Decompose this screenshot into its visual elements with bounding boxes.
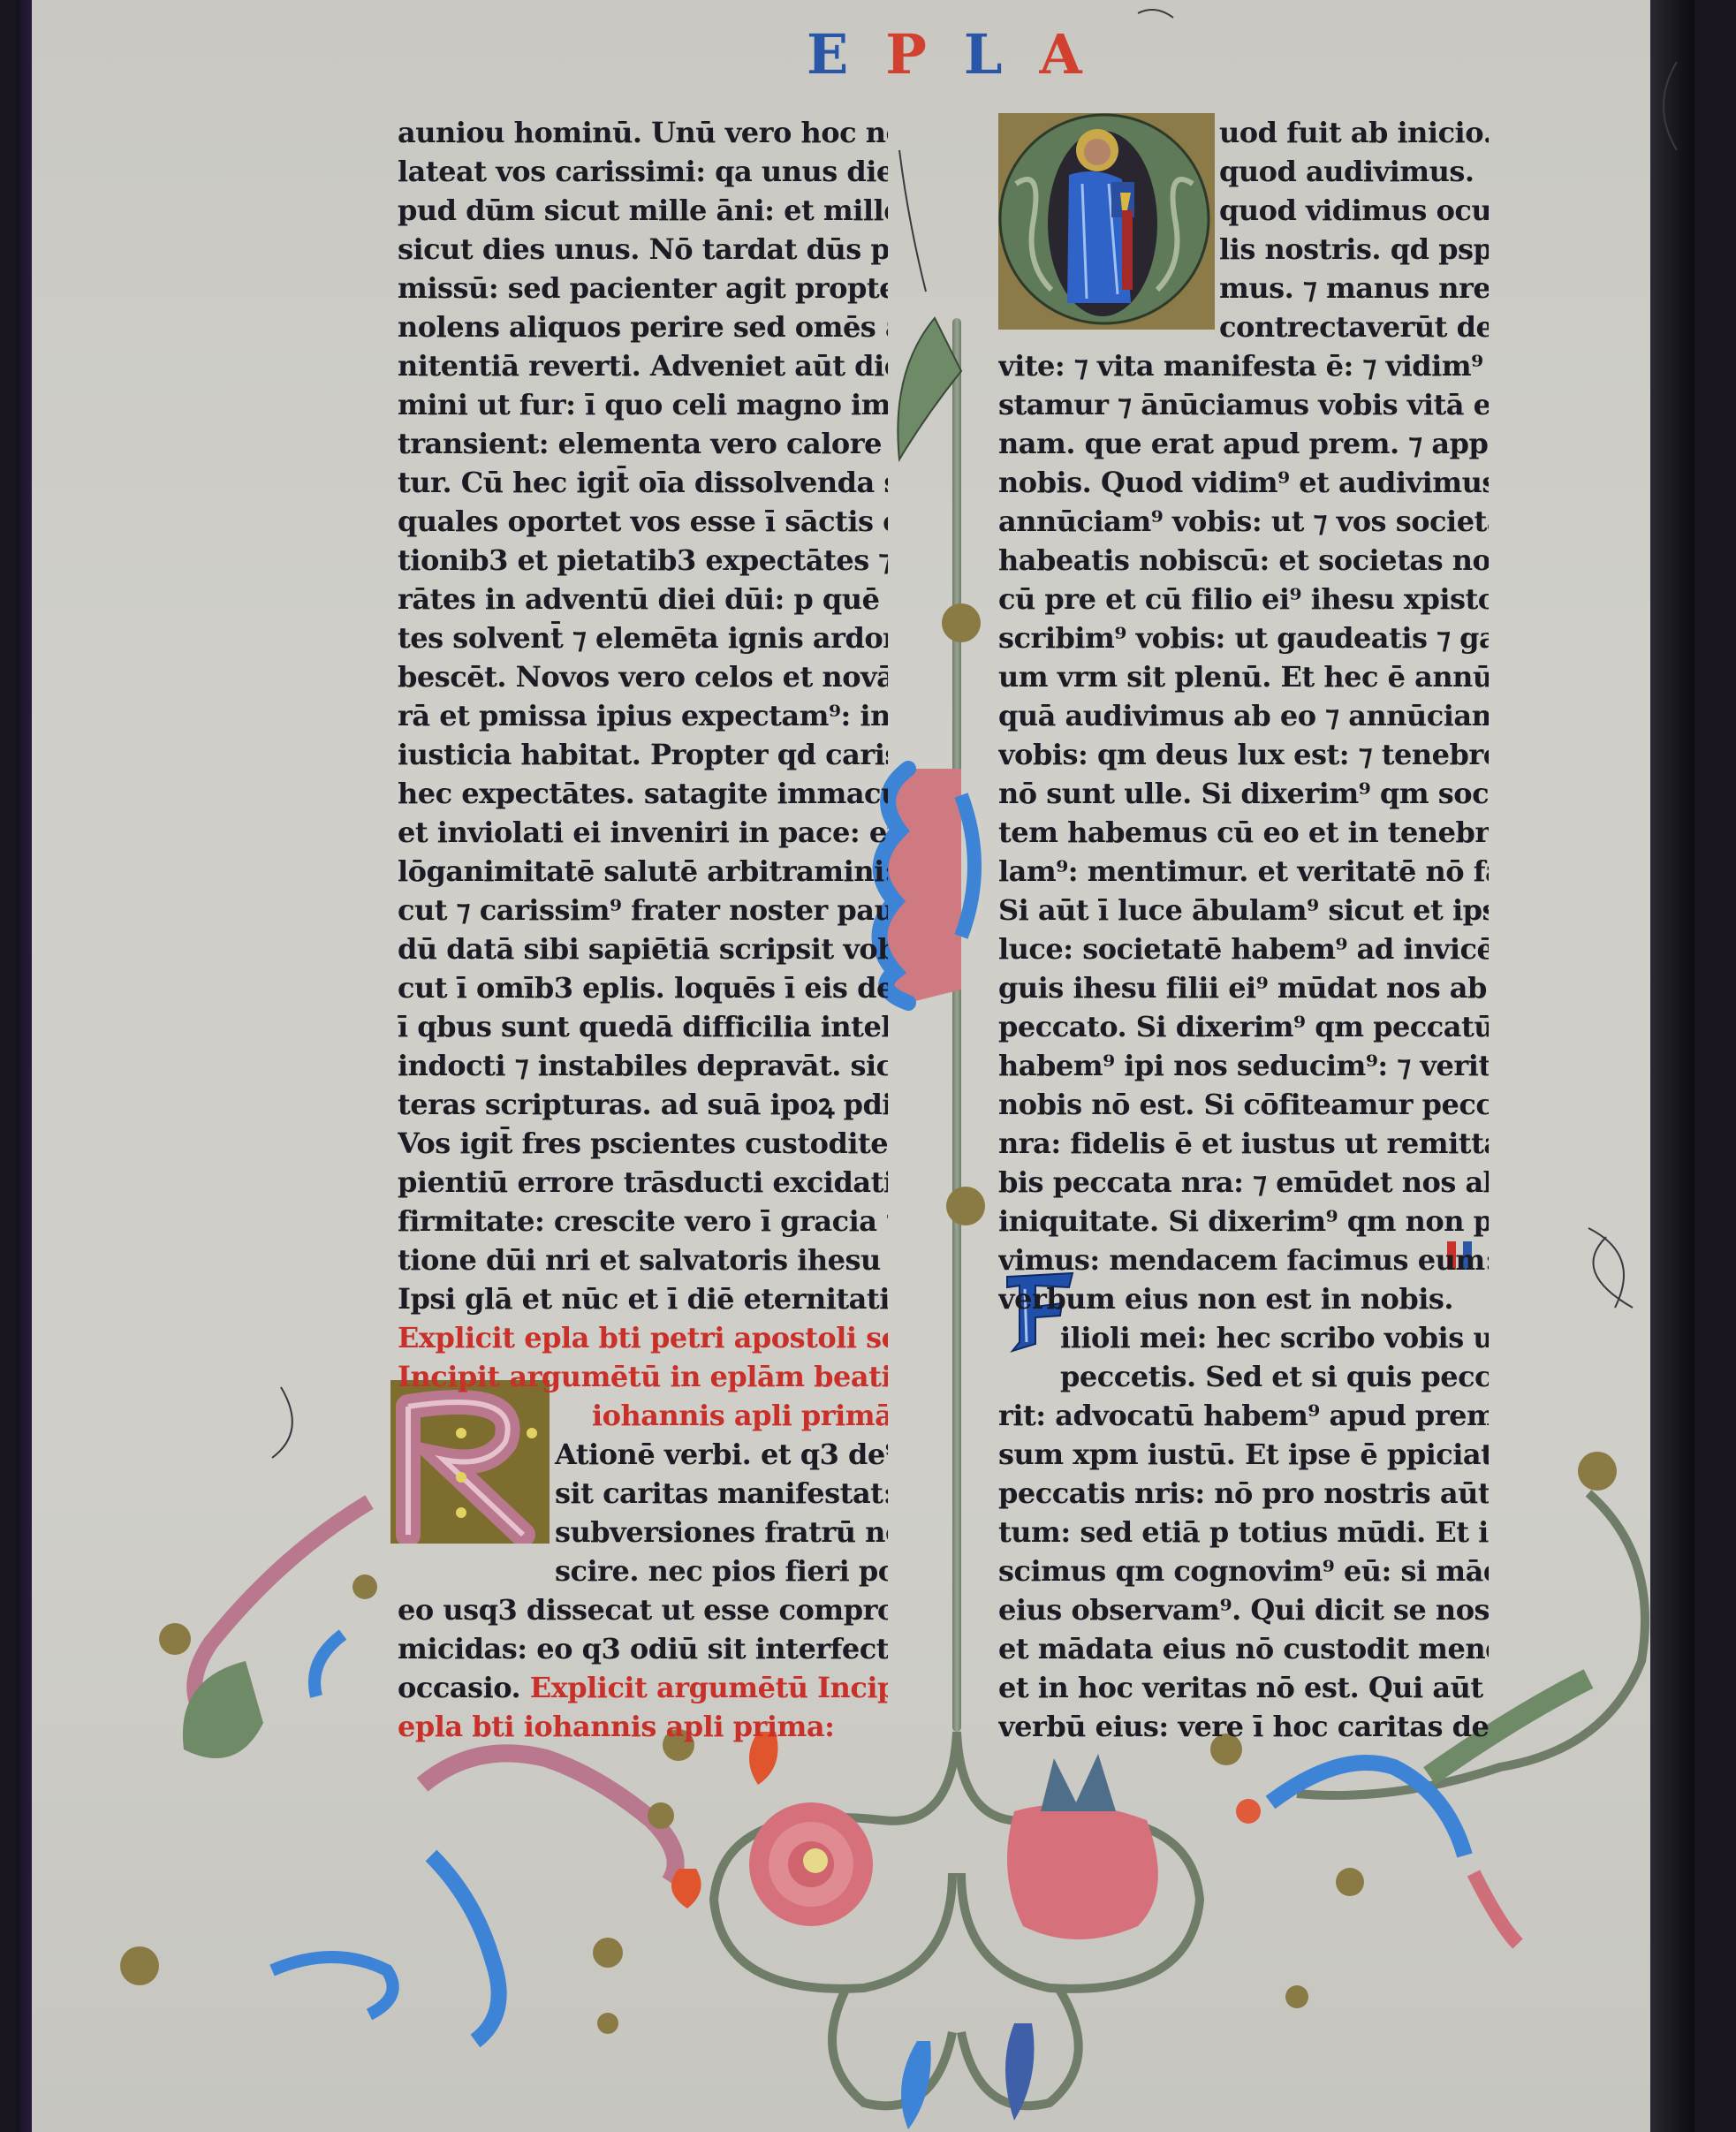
text-line: uod fuit ab inicio.: [998, 113, 1489, 152]
text-line: lis nostris. qd pspexi-: [998, 230, 1489, 269]
text-line: et in hoc veritas nō est. Qui aūt servat: [998, 1668, 1489, 1707]
text-line: quod audivimus.: [998, 152, 1489, 191]
marginal-ornament-icon: [880, 769, 975, 1003]
text-line: ilioli mei: hec scribo vobis ut nō: [998, 1318, 1489, 1357]
text-line: eo usq3 dissecat ut esse comprobet ho-: [398, 1590, 888, 1629]
text-line: tione dūi nri et salvatoris ihesu xpisti…: [398, 1241, 888, 1279]
text-line: mini ut fur: ī quo celi magno impetu: [398, 385, 888, 424]
text-line: nra: fidelis ē et iustus ut remittat no-: [998, 1124, 1489, 1163]
text-line: scire. nec pios fieri posse.: [398, 1552, 888, 1590]
text-line: pientiū errore trāsducti excidatis a ppr…: [398, 1163, 888, 1202]
text-segment: occasio.: [398, 1671, 520, 1704]
text-line: cū pre et cū filio ei⁹ ihesu xpisto. Et …: [998, 580, 1489, 618]
text-line: guis ihesu filii ei⁹ mūdat nos ab omi: [998, 968, 1489, 1007]
pomegranate-flower-icon: [1007, 1754, 1158, 1939]
text-line: Vos igit̄ fres pscientes custodite ne in…: [398, 1124, 888, 1163]
text-line: tes solvent̄ ⁊ elemēta ignis ardore ta-: [398, 618, 888, 657]
text-line: ī qbus sunt quedā difficilia intellectu.…: [398, 1007, 888, 1046]
text-line: scribim⁹ vobis: ut gaudeatis ⁊ gaudi-: [998, 618, 1489, 657]
text-line: dū datā sibi sapiētiā scripsit vobis: si…: [398, 929, 888, 968]
text-line: verbum eius non est in nobis.: [998, 1279, 1489, 1318]
text-line: vobis: qm deus lux est: ⁊ tenebre in eo: [998, 735, 1489, 774]
text-line: sicut dies unus. Nō tardat dūs pro-: [398, 230, 888, 269]
text-line: luce: societatē habem⁹ ad invicē: et san…: [998, 929, 1489, 968]
text-line: indocti ⁊ instabiles depravāt. sicut ⁊ c…: [398, 1046, 888, 1085]
text-line: peccetis. Sed et si quis peccave-: [998, 1357, 1489, 1396]
text-line: Ipsi glā et nūc et ī diē eternitatis amē…: [398, 1279, 888, 1318]
text-line: nolens aliquos perire sed omēs ad pe-: [398, 307, 888, 346]
text-line: scimus qm cognovim⁹ eū: si mādata: [998, 1552, 1489, 1590]
text-line: rātes in adventū diei dūi: p quē celi ar…: [398, 580, 888, 618]
text-line: Si aūt ī luce ābulam⁹ sicut et ipse ē in: [998, 891, 1489, 929]
text-column-left: auniou hominū. Unū vero hoc non lateat v…: [398, 113, 888, 1746]
text-line: verbū eius: vere ī hoc caritas dei pfect…: [998, 1707, 1489, 1746]
text-line: peccato. Si dixerim⁹ qm peccatū nō: [998, 1007, 1489, 1046]
text-line: teras scripturas. ad suā ipoꝝ pditonē.: [398, 1085, 888, 1124]
rose-flower-icon: [749, 1802, 873, 1926]
text-line: et inviolati ei inveniri in pace: et dūi…: [398, 813, 888, 852]
text-line: nam. que erat apud prem. ⁊ apparuit: [998, 424, 1489, 463]
text-line: annūciam⁹ vobis: ut ⁊ vos societatē: [998, 502, 1489, 541]
text-line: rit: advocatū habem⁹ apud prem ihe-: [998, 1396, 1489, 1435]
text-line: tem habemus cū eo et in tenebris ābu-: [998, 813, 1489, 852]
rubric-line: iohannis apli primā: [398, 1396, 888, 1435]
text-line: auniou hominū. Unū vero hoc non: [398, 113, 888, 152]
text-line: vite: ⁊ vita manifesta ē: ⁊ vidim⁹ et te…: [998, 346, 1489, 385]
text-line: quod vidimus ocu-: [998, 191, 1489, 230]
text-column-right: uod fuit ab inicio. quod audivimus. quod…: [998, 113, 1489, 1746]
text-line: contrectaverūt de vbo: [998, 307, 1489, 346]
rubric-segment: Explicit argumētū Incipit: [530, 1671, 888, 1704]
text-line: nobis. Quod vidim⁹ et audivimus: [998, 463, 1489, 502]
text-line: nitentiā reverti. Adveniet aūt dies do-: [398, 346, 888, 385]
text-line: quales oportet vos esse ī sāctis convers…: [398, 502, 888, 541]
text-line: um vrm sit plenū. Et hec ē annūciatio: [998, 657, 1489, 696]
text-line: tionib3 et pietatib3 expectātes ⁊ prope-: [398, 541, 888, 580]
text-line: micidas: eo q3 odiū sit interfectionis: [398, 1629, 888, 1668]
text-line: tum: sed etiā p totius mūdi. Et in hoc: [998, 1513, 1489, 1552]
text-line: lōganimitatē salutē arbitramini: si-: [398, 852, 888, 891]
text-line: cut ī omīb3 eplis. loquēs ī eis de his:: [398, 968, 888, 1007]
text-line: cut ⁊ carissim⁹ frater noster paul⁹ secū…: [398, 891, 888, 929]
text-line: mus. ⁊ manus nre: [998, 269, 1489, 307]
acanthus-leaf-icon: [120, 1753, 676, 2041]
text-line: eius observam⁹. Qui dicit se nosse eū: [998, 1590, 1489, 1629]
text-line: lateat vos carissimi: qa unus dies a-: [398, 152, 888, 191]
rubric-line: epla bti iohannis apli prima:: [398, 1707, 888, 1746]
text-line: hec expectātes. satagite immaculati: [398, 774, 888, 813]
text-line: nō sunt ulle. Si dixerim⁹ qm societa-: [998, 774, 1489, 813]
text-line-with-rubric: occasio. Explicit argumētū Incipit: [398, 1668, 888, 1707]
leaf-icon: [898, 318, 961, 459]
text-line: Ationē verbi. et q3 de⁹ ipse: [398, 1435, 888, 1474]
text-line: tur. Cū hec igit̄ oīa dissolvenda sint.: [398, 463, 888, 502]
text-line: bescēt. Novos vero celos et novā ter-: [398, 657, 888, 696]
text-line: quā audivimus ab eo ⁊ annūciamus: [998, 696, 1489, 735]
text-line: bis peccata nra: ⁊ emūdet nos ab omi: [998, 1163, 1489, 1202]
text-line: sum xpm iustū. Et ipse ē ppiciatio pro: [998, 1435, 1489, 1474]
text-line: missū: sed pacienter agit propter vos:: [398, 269, 888, 307]
text-line: firmitate: crescite vero ī gracia ⁊ ī co…: [398, 1202, 888, 1241]
text-line: rā et pmissa ipius expectam⁹: in qbus: [398, 696, 888, 735]
text-line: vimus: mendacem facimus eum: ⁊: [998, 1241, 1489, 1279]
text-line: habem⁹ ipi nos seducim⁹: ⁊ veritas in: [998, 1046, 1489, 1085]
text-line: lam⁹: mentimur. et veritatē nō facim⁹.: [998, 852, 1489, 891]
text-line: iusticia habitat. Propter qd carissimi: [398, 735, 888, 774]
text-line: iniquitate. Si dixerim⁹ qm non pecca-: [998, 1202, 1489, 1241]
text-line: nobis nō est. Si cōfiteamur peccata: [998, 1085, 1489, 1124]
rubric-line: Explicit epla bti petri apostoli scda: [398, 1318, 888, 1357]
text-line: peccatis nris: nō pro nostris aūt tan-: [998, 1474, 1489, 1513]
text-line: transient: elementa vero calore solven-: [398, 424, 888, 463]
text-line: habeatis nobiscū: et societas nostra sit: [998, 541, 1489, 580]
manuscript-page: E P L A: [16, 0, 1694, 2132]
rubric-line: Incipit argumētū in eplām beati: [398, 1357, 888, 1396]
text-line: et mādata eius nō custodit mendax ē:: [998, 1629, 1489, 1668]
text-line: stamur ⁊ ānūciamus vobis vitā eter-: [998, 385, 1489, 424]
text-line: pud dūm sicut mille āni: et mille āni: [398, 191, 888, 230]
text-line: sit caritas manifestat: et: [398, 1474, 888, 1513]
text-line: subversiones fratrū nec deū: [398, 1513, 888, 1552]
